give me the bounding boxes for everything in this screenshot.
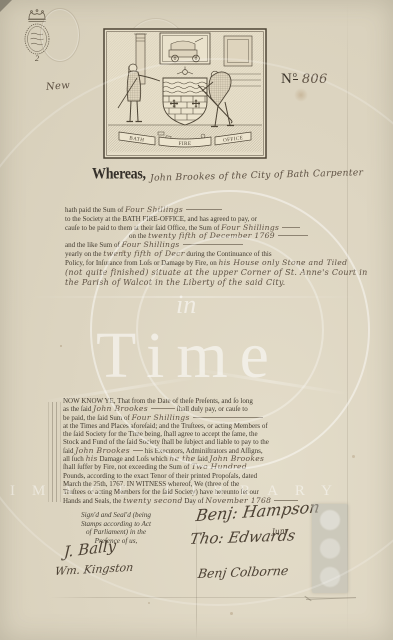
- text-line: ſhall ſuffer by Fire, not exceeding the …: [63, 463, 298, 471]
- rule-line: [151, 407, 175, 409]
- text-line: hath paid the Sum of Four Shillings: [65, 206, 368, 215]
- text-line: the ſaid Society for the Time being, ſha…: [63, 430, 298, 438]
- foxing-spot: [148, 602, 150, 604]
- watermark-text-large: Time: [96, 318, 281, 394]
- rule-line: [282, 226, 300, 228]
- policy-document: 2 New: [0, 0, 393, 640]
- rule-line: [278, 234, 308, 236]
- know-ye-clause: NOW KNOW YE, That from the Date of theſe…: [63, 397, 298, 505]
- text-line-handwritten: the Parish of Walcot in the Liberty of t…: [65, 278, 368, 288]
- policy-number-label: No: [281, 71, 298, 87]
- text-line: Pounds, according to the exact Tenor of …: [63, 472, 298, 480]
- policy-number: No 806: [281, 70, 328, 88]
- seal-strip: [312, 504, 348, 593]
- stamp-number: 2: [35, 54, 39, 62]
- text-line: March the 25th, 1767. IN WITNESS whereof…: [63, 480, 298, 488]
- engraving: BATH FIRE OFFICE: [103, 28, 267, 164]
- trustee-signature-2: Tho: Edwards: [188, 526, 296, 548]
- rule-line: [133, 449, 143, 451]
- whereas-line: Whereas, John Brookes of the City of Bat…: [92, 165, 363, 183]
- rule-line: [183, 243, 243, 245]
- fold-crease: [196, 520, 197, 640]
- foxing-spot: [122, 250, 125, 253]
- attestation-line: Sign'd and Seal'd (being: [60, 511, 172, 520]
- fold-crease: [347, 0, 348, 640]
- trustee-signature-3: Benj Colborne: [197, 563, 290, 581]
- rule-line: [186, 208, 222, 210]
- insured-name: John Brookes of the City of Bath Carpent…: [150, 167, 363, 184]
- foxing-spot: [60, 345, 62, 347]
- text-line: Policy, for Inſurance from Loſs or Damag…: [65, 259, 368, 268]
- text-line: on the twenty fifth of December 1769: [65, 232, 368, 241]
- embossed-seal-small: [40, 8, 80, 62]
- foxing-spot: [230, 612, 233, 615]
- foxing-spot: [352, 455, 355, 458]
- annotation-new: New: [46, 80, 71, 93]
- witness-signature-2: Wm. Kingston: [54, 561, 134, 578]
- text-line: be paid, the ſaid Sum of Four Shillings: [63, 414, 298, 422]
- premium-clause: hath paid the Sum of Four Shillings to t…: [65, 206, 368, 288]
- fold-highlight: [191, 368, 349, 396]
- text-line-handwritten: (not quite finished) situate at the uppe…: [65, 268, 368, 278]
- attestation-line: Stamps according to Act: [60, 520, 172, 529]
- marginal-note: [48, 402, 61, 502]
- banner-word-center: FIRE: [179, 141, 192, 147]
- fold-highlight: [30, 296, 360, 298]
- whereas-word: Whereas,: [92, 166, 146, 184]
- rule-line: [193, 416, 263, 418]
- fire-office-engraving-image: BATH FIRE OFFICE: [103, 28, 267, 159]
- foxing-spot: [294, 88, 308, 102]
- text-line: to the Society at the BATH FIRE-OFFICE, …: [65, 215, 368, 224]
- text-line: at the Times and Places aforeſaid; and t…: [63, 422, 298, 430]
- scan-edge: [0, 0, 12, 12]
- watermark-text-small: in: [176, 290, 196, 320]
- fold-crease: [50, 597, 360, 598]
- policy-number-value: 806: [302, 72, 328, 87]
